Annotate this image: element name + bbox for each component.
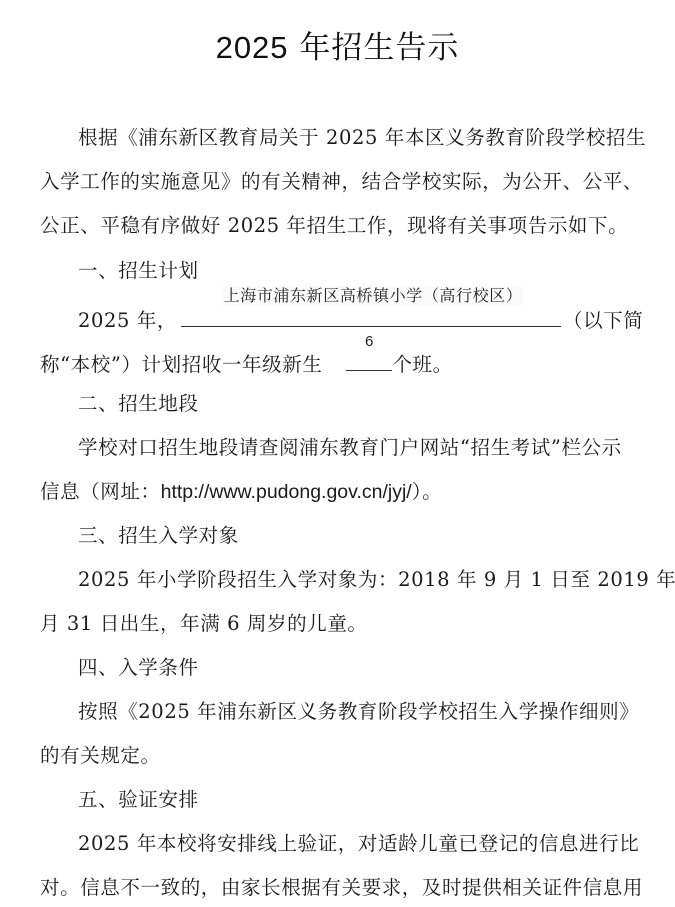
section-heading-verification: 五、验证安排 xyxy=(78,787,199,813)
document-page: 2025 年招生告示 根据《浦东新区教育局关于 2025 年本区义务教育阶段学校… xyxy=(0,0,675,907)
plan-suffix: （以下简 xyxy=(563,309,643,332)
eligible-line-1: 2025 年小学阶段招生入学对象为：2018 年 9 月 1 日至 2019 年… xyxy=(78,567,675,593)
conditions-line-1: 按照《2025 年浦东新区义务教育阶段学校招生入学操作细则》 xyxy=(78,699,639,725)
plan-line-2: 称“本校”）计划招收一年级新生6个班。 xyxy=(40,346,453,378)
section-heading-eligible-students: 三、招生入学对象 xyxy=(78,523,239,549)
class-count-value: 6 xyxy=(346,332,392,352)
verification-line-1: 2025 年本校将安排线上验证，对适龄儿童已登记的信息进行比 xyxy=(78,831,639,857)
conditions-line-2: 的有关规定。 xyxy=(40,743,161,769)
class-count-blank: 6 xyxy=(346,346,392,371)
area-line2-suffix: ）。 xyxy=(412,480,442,503)
education-portal-url: http://www.pudong.gov.cn/jyj/ xyxy=(161,481,412,503)
intro-line-2: 入学工作的实施意见》的有关精神，结合学校实际，为公开、公平、 xyxy=(40,169,643,195)
plan-line-1: 2025 年，上海市浦东新区高桥镇小学（高行校区）（以下简 xyxy=(78,302,643,334)
title-text: 年招生告示 xyxy=(289,30,460,66)
area-line-1: 学校对口招生地段请查阅浦东教育门户网站“招生考试”栏公示 xyxy=(78,435,622,461)
section-heading-enrollment-plan: 一、招生计划 xyxy=(78,258,199,284)
plan-line2-suffix: 个班。 xyxy=(392,353,452,376)
area-line2-prefix: 信息（网址： xyxy=(40,480,161,503)
plan-prefix: 2025 年， xyxy=(78,309,177,332)
school-name-value: 上海市浦东新区高桥镇小学（高行校区） xyxy=(223,286,523,306)
plan-line2-prefix: 称“本校”）计划招收一年级新生 xyxy=(40,353,322,376)
section-heading-enrollment-area: 二、招生地段 xyxy=(78,391,199,417)
intro-line-1: 根据《浦东新区教育局关于 2025 年本区义务教育阶段学校招生 xyxy=(78,125,646,151)
section-heading-admission-conditions: 四、入学条件 xyxy=(78,655,199,681)
school-name-blank: 上海市浦东新区高桥镇小学（高行校区） xyxy=(181,302,561,327)
area-line-2: 信息（网址：http://www.pudong.gov.cn/jyj/）。 xyxy=(40,479,442,505)
verification-line-2: 对。信息不一致的，由家长根据有关要求，及时提供相关证件信息用 xyxy=(40,875,643,901)
intro-line-3: 公正、平稳有序做好 2025 年招生工作，现将有关事项告示如下。 xyxy=(40,213,628,239)
eligible-line-2: 月 31 日出生，年满 6 周岁的儿童。 xyxy=(40,611,368,637)
title-year: 2025 xyxy=(216,30,289,65)
page-title: 2025 年招生告示 xyxy=(0,28,675,68)
